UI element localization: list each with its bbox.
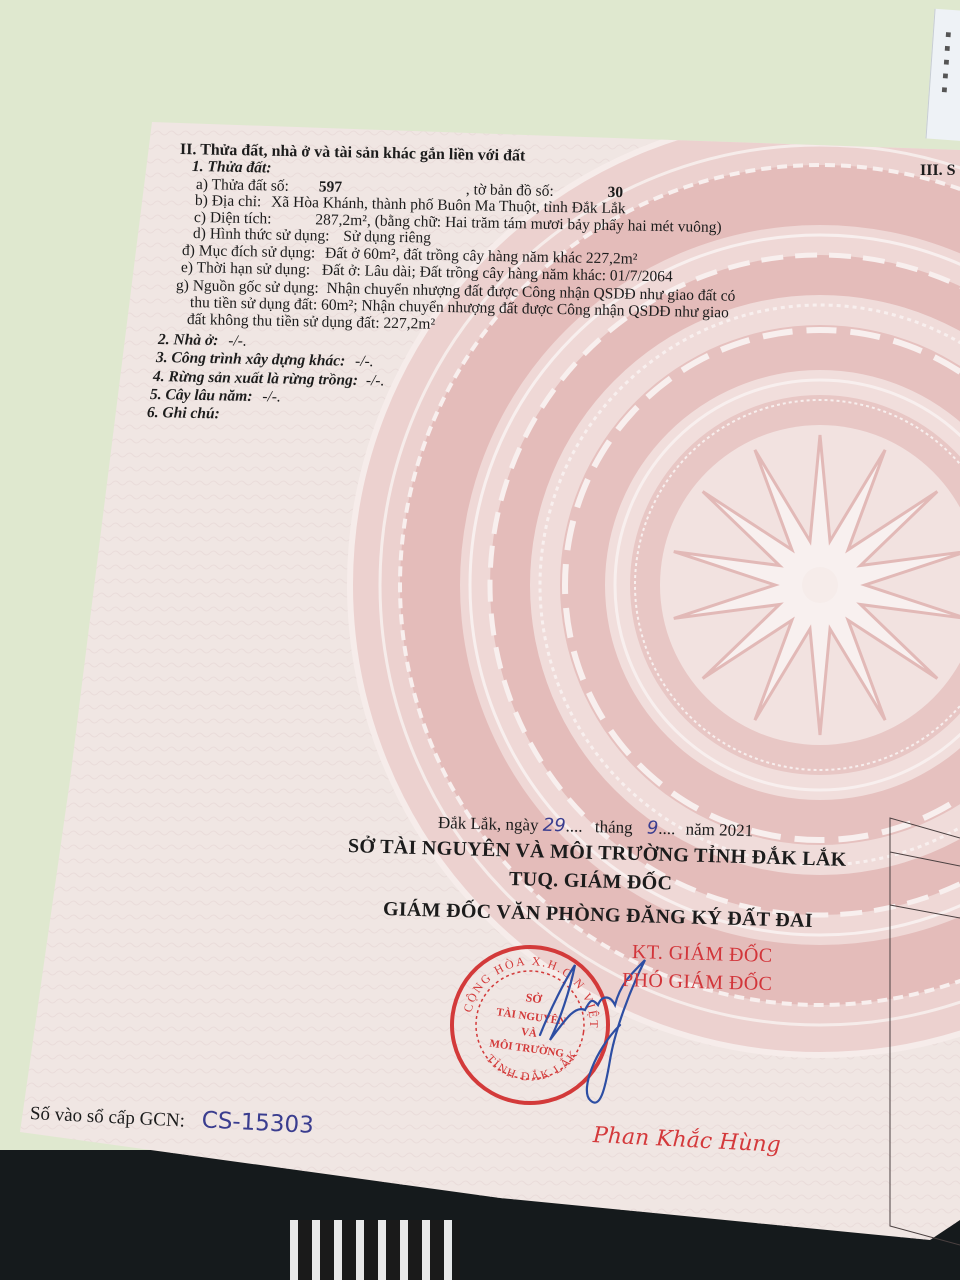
authority-line-4: KT. GIÁM ĐỐC xyxy=(632,944,773,964)
authority-line-3: GIÁM ĐỐC VĂN PHÒNG ĐĂNG KÝ ĐẤT ĐAI xyxy=(383,901,813,929)
register-row: Số vào sổ cấp GCN: CS-15303 xyxy=(30,1104,315,1136)
authority-line-1: SỞ TÀI NGUYÊN VÀ MÔI TRƯỜNG TỈNH ĐẮK LẮK xyxy=(348,838,847,868)
item-other-construction-label: 3. Công trình xây dựng khác: xyxy=(156,349,346,370)
item-notes: 6. Ghi chú: xyxy=(147,405,220,422)
month-dots: .... xyxy=(658,819,675,838)
item-house-value: -/-. xyxy=(228,332,247,349)
day-dots: .... xyxy=(565,816,582,835)
issue-year: năm 2021 xyxy=(685,819,753,840)
item-perennial-trees-value: -/-. xyxy=(262,388,281,405)
address-label: b) Địa chỉ: xyxy=(195,192,262,210)
usage-form-value: Sử dụng riêng xyxy=(343,228,431,247)
item-other-construction: 3. Công trình xây dựng khác: -/-. xyxy=(156,350,374,370)
month-label: tháng xyxy=(595,817,633,837)
authority-line-5: PHÓ GIÁM ĐỐC xyxy=(622,972,773,992)
issue-place: Đắk Lắk, ngày xyxy=(438,813,539,835)
issue-date-line: Đắk Lắk, ngày 29.... tháng 9.... năm 202… xyxy=(438,815,754,839)
item-other-construction-value: -/-. xyxy=(355,353,374,370)
register-number: CS-15303 xyxy=(201,1107,314,1138)
item-house: 2. Nhà ở: -/-. xyxy=(158,332,247,350)
parcel-number-value: 597 xyxy=(319,178,343,195)
origin-value-line3: đất không thu tiền sử dụng đất: 227,2m² xyxy=(187,312,435,333)
right-section-title: III. S xyxy=(920,163,956,179)
item-planted-forest-value: -/-. xyxy=(366,372,385,389)
item-house-label: 2. Nhà ở: xyxy=(158,331,219,349)
map-sheet-value: 30 xyxy=(607,184,623,201)
item-perennial-trees: 5. Cây lâu năm: -/-. xyxy=(150,387,281,406)
signer-name: Phan Khắc Hùng xyxy=(593,1128,781,1154)
usage-term-label: e) Thời hạn sử dụng: xyxy=(181,259,310,278)
authority-line-2: TUQ. GIÁM ĐỐC xyxy=(509,871,673,892)
register-label: Số vào sổ cấp GCN: xyxy=(29,1103,185,1132)
land-parcel-heading: 1. Thửa đất: xyxy=(192,159,272,177)
certificate-text: II. Thửa đất, nhà ở và tài sản khác gắn … xyxy=(0,0,960,1280)
item-perennial-trees-label: 5. Cây lâu năm: xyxy=(150,386,253,405)
item-notes-label: 6. Ghi chú: xyxy=(147,404,220,422)
issue-day: 29 xyxy=(543,815,566,837)
